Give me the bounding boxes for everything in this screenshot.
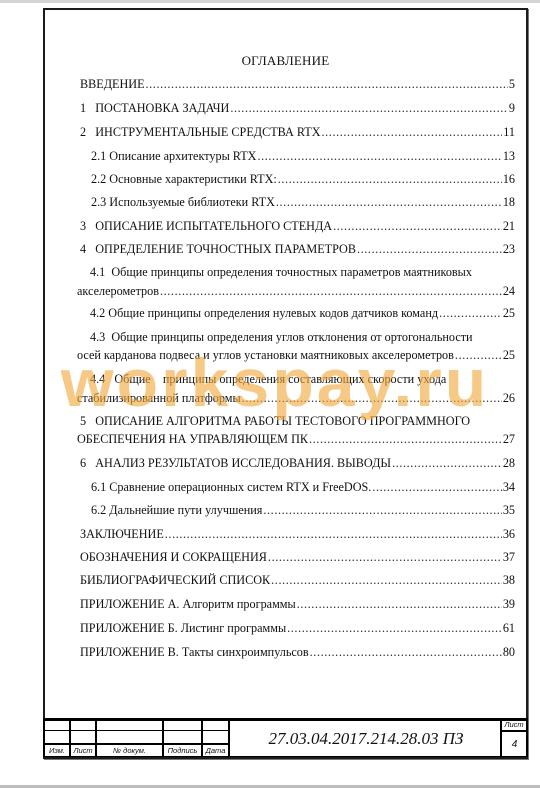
toc-entry[interactable]: 2.3 Используемые библиотеки RTX18	[91, 195, 515, 209]
toc-entry-text: 6.1 Сравнение операционных систем RTX и …	[91, 480, 371, 494]
toc-entry-text: 2 ИНСТРУМЕНТАЛЬНЫЕ СРЕДСТВА RTX	[80, 125, 321, 139]
toc-entry[interactable]: 6.2 Дальнейшие пути улучшения35	[91, 503, 515, 517]
leader-dots	[268, 550, 502, 564]
leader-dots	[392, 456, 502, 470]
toc-entry-page: 27	[503, 432, 515, 446]
toc-entry[interactable]: 4 ОПРЕДЕЛЕНИЕ ТОЧНОСТНЫХ ПАРАМЕТРОВ23	[80, 242, 515, 256]
leader-dots	[146, 77, 508, 91]
toc-entry[interactable]: ПРИЛОЖЕНИЕ В. Такты синхроимпульсов80	[80, 645, 515, 659]
toc-entry-text: 2.2 Основные характеристики RTX:	[91, 172, 277, 186]
sheet-number: 4	[501, 739, 528, 750]
leader-dots	[230, 101, 508, 115]
leader-dots	[455, 348, 502, 362]
toc-entry-text-line1: 4.3 Общие принципы определения углов отк…	[90, 330, 473, 344]
toc-entry-text: ОБОЗНАЧЕНИЯ И СОКРАЩЕНИЯ	[80, 550, 267, 564]
toc-entry-page: 18	[503, 195, 515, 209]
leader-dots	[357, 242, 502, 256]
leader-dots	[439, 306, 502, 320]
toc-entry[interactable]: 3 ОПИСАНИЕ ИСПЫТАТЕЛЬНОГО СТЕНДА21	[80, 219, 515, 233]
leader-dots	[309, 432, 502, 446]
leader-dots	[322, 125, 503, 139]
toc-entry[interactable]: БИБЛИОГРАФИЧЕСКИЙ СПИСОК38	[80, 573, 515, 587]
toc-entry-text: ВВЕДЕНИЕ	[80, 77, 145, 91]
toc-entry-page: 34	[503, 480, 515, 494]
toc-entry-text-line1: 4.1 Общие принципы определения точностны…	[90, 265, 472, 279]
toc-entry-text: 6 АНАЛИЗ РЕЗУЛЬТАТОВ ИССЛЕДОВАНИЯ. ВЫВОД…	[80, 456, 391, 470]
viewer-top-edge	[0, 0, 540, 3]
toc-entry-text: БИБЛИОГРАФИЧЕСКИЙ СПИСОК	[80, 573, 270, 587]
toc-entry-page: 26	[503, 391, 515, 405]
toc-entry-text: 3 ОПИСАНИЕ ИСПЫТАТЕЛЬНОГО СТЕНДА	[80, 219, 332, 233]
toc-entry-page: 5	[509, 77, 515, 91]
toc-title: ОГЛАВЛЕНИЕ	[43, 53, 528, 69]
toc-entry[interactable]: 2.2 Основные характеристики RTX:16	[91, 172, 515, 186]
toc-entry-page: 28	[503, 456, 515, 470]
toc-entry[interactable]: ВВЕДЕНИЕ5	[80, 77, 515, 91]
toc-entry[interactable]: 6 АНАЛИЗ РЕЗУЛЬТАТОВ ИССЛЕДОВАНИЯ. ВЫВОД…	[80, 456, 515, 470]
toc-entry-text: 2.3 Используемые библиотеки RTX	[91, 195, 275, 209]
toc-entry[interactable]: 4.2 Общие принципы определения нулевых к…	[90, 306, 515, 320]
toc-entry-text: ПРИЛОЖЕНИЕ А. Алгоритм программы	[80, 597, 296, 611]
toc-entry-text-line2: стабилизированной платформы	[77, 391, 241, 405]
stamp-label-date: Дата	[203, 746, 228, 755]
toc-entry-text: 4.2 Общие принципы определения нулевых к…	[90, 306, 438, 320]
sheet-label: Лист	[502, 720, 526, 729]
toc-entry-page: 36	[503, 527, 515, 541]
toc-entry[interactable]: 2.1 Описание архитектуры RTX13	[91, 149, 515, 163]
toc-entry-page: 25	[503, 306, 515, 320]
toc-entry[interactable]: ПРИЛОЖЕНИЕ Б. Листинг программы61	[80, 621, 515, 635]
leader-dots	[333, 219, 502, 233]
toc-entry-page: 16	[503, 172, 515, 186]
leader-dots	[276, 195, 502, 209]
stamp-label-signature: Подпись	[164, 746, 201, 755]
toc-entry[interactable]: стабилизированной платформы26	[77, 391, 515, 405]
leader-dots	[160, 284, 502, 298]
toc-entry-text: 2.1 Описание архитектуры RTX	[91, 149, 256, 163]
toc-entry[interactable]: 1 ПОСТАНОВКА ЗАДАЧИ9	[80, 101, 515, 115]
stamp-label-doc-num: № докум.	[97, 746, 162, 755]
leader-dots	[242, 391, 502, 405]
toc-entry-page: 23	[503, 242, 515, 256]
toc-entry-text-line2: акселерометров	[77, 284, 159, 298]
toc-entry-page: 25	[503, 348, 515, 362]
toc-entry[interactable]: 6.1 Сравнение операционных систем RTX и …	[91, 480, 515, 494]
leader-dots	[263, 503, 501, 517]
leader-dots	[165, 527, 502, 541]
toc-entry-text: ЗАКЛЮЧЕНИЕ	[80, 527, 164, 541]
leader-dots	[372, 480, 501, 494]
toc-entry-text-line2: ОБЕСПЕЧЕНИЯ НА УПРАВЛЯЮЩЕМ ПК	[77, 432, 308, 446]
title-block-stamp: Изм. Лист № докум. Подпись Дата 27.03.04…	[43, 718, 528, 757]
toc-entry-text: 6.2 Дальнейшие пути улучшения	[91, 503, 262, 517]
toc-entry-page: 21	[503, 219, 515, 233]
stamp-label-list: Лист	[71, 746, 95, 755]
toc-entry-page: 24	[503, 284, 515, 298]
leader-dots	[287, 621, 502, 635]
toc-entry[interactable]: ЗАКЛЮЧЕНИЕ36	[80, 527, 515, 541]
leader-dots	[278, 172, 502, 186]
toc-entry-text-line2: осей карданова подвеса и углов установки…	[77, 348, 454, 362]
toc-entry[interactable]: ПРИЛОЖЕНИЕ А. Алгоритм программы39	[80, 597, 515, 611]
toc-entry-page: 13	[503, 149, 515, 163]
toc-entry[interactable]: 2 ИНСТРУМЕНТАЛЬНЫЕ СРЕДСТВА RTX11	[80, 125, 515, 139]
toc-entry[interactable]: ОБЕСПЕЧЕНИЯ НА УПРАВЛЯЮЩЕМ ПК27	[77, 432, 515, 446]
leader-dots	[297, 597, 502, 611]
toc-entry-text: ПРИЛОЖЕНИЕ В. Такты синхроимпульсов	[80, 645, 309, 659]
toc-entry-text-line1: 5 ОПИСАНИЕ АЛГОРИТМА РАБОТЫ ТЕСТОВОГО ПР…	[80, 414, 470, 428]
toc-entry-page: 9	[509, 101, 515, 115]
toc-entry-text: 1 ПОСТАНОВКА ЗАДАЧИ	[80, 101, 229, 115]
toc-entry-page: 11	[503, 125, 515, 139]
toc-entry-page: 39	[503, 597, 515, 611]
toc-entry-page: 61	[503, 621, 515, 635]
stamp-label-izm: Изм.	[45, 746, 69, 755]
toc-entry-page: 38	[503, 573, 515, 587]
leader-dots	[257, 149, 501, 163]
toc-entry-text-line1: 4.4 Общие принципы определения составляю…	[90, 372, 446, 386]
toc-entry-text: 4 ОПРЕДЕЛЕНИЕ ТОЧНОСТНЫХ ПАРАМЕТРОВ	[80, 242, 356, 256]
document-code: 27.03.04.2017.214.28.03 ПЗ	[231, 729, 501, 749]
leader-dots	[271, 573, 502, 587]
leader-dots	[310, 645, 502, 659]
toc-entry[interactable]: акселерометров24	[77, 284, 515, 298]
toc-entry-page: 35	[503, 503, 515, 517]
toc-entry-page: 80	[503, 645, 515, 659]
toc-entry[interactable]: осей карданова подвеса и углов установки…	[77, 348, 515, 362]
toc-entry-text: ПРИЛОЖЕНИЕ Б. Листинг программы	[80, 621, 286, 635]
toc-entry[interactable]: ОБОЗНАЧЕНИЯ И СОКРАЩЕНИЯ37	[80, 550, 515, 564]
toc-entry-page: 37	[503, 550, 515, 564]
